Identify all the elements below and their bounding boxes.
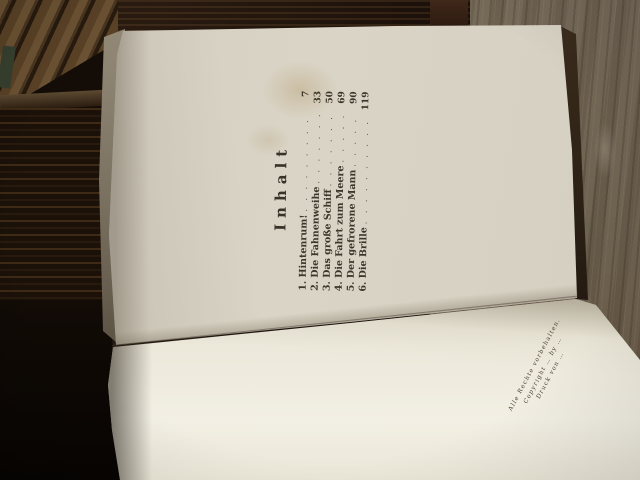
toc-page-number: 33 — [313, 91, 324, 113]
toc-page-number: 50 — [325, 91, 336, 113]
imprint-text-block: Alle Rechte vorbehalten. Copyright … by … — [493, 291, 606, 458]
toc-entry-title: 4. Die Fahrt zum Meere — [334, 165, 347, 291]
toc-page-number: 69 — [337, 91, 348, 113]
toc-heading: Inhalt — [271, 90, 292, 284]
toc-dot-leader: . . . . . . . . . . . . . . . . . . — [311, 113, 323, 187]
toc-entry: 6. Die Brille . . . . . . . . . . . . . … — [358, 91, 373, 291]
toc-list: 1. Hintenrum! . . . . . . . . . . . . . … — [298, 91, 373, 292]
toc-dot-leader: . . . . . . . . . . . . . . . . . . — [347, 113, 359, 169]
toc-dot-leader: . . . . . . . . . . . . . . . . . . — [299, 113, 311, 215]
toc-entry-title: 6. Die Brille — [358, 227, 370, 291]
imprint-line: Alle Rechte vorbehalten. — [493, 291, 576, 438]
toc-page-number: 7 — [301, 91, 312, 113]
toc-entry-title: 2. Die Fahnenweihe — [310, 186, 322, 291]
toc-entry-title: 1. Hintenrum! — [298, 214, 310, 290]
toc-dot-leader: . . . . . . . . . . . . . . . . . . — [358, 113, 371, 227]
toc-entry-title: 3. Das große Schiff — [322, 189, 334, 291]
toc-dot-leader: . . . . . . . . . . . . . . . . . . — [335, 113, 347, 165]
toc-page-number: 119 — [361, 92, 372, 114]
toc-entry-title: 5. Der gefrorene Mann — [346, 170, 359, 292]
photo-scene: Alle Rechte vorbehalten. Copyright … by … — [0, 0, 640, 480]
toc-dot-leader: . . . . . . . . . . . . . . . . . . — [323, 113, 335, 189]
toc-page-number: 90 — [349, 91, 360, 113]
furniture-corner-block — [430, 0, 468, 28]
imprint-line: Copyright … by … — [501, 297, 584, 444]
table-of-contents: Inhalt 1. Hintenrum! . . . . . . . . . .… — [269, 90, 380, 291]
